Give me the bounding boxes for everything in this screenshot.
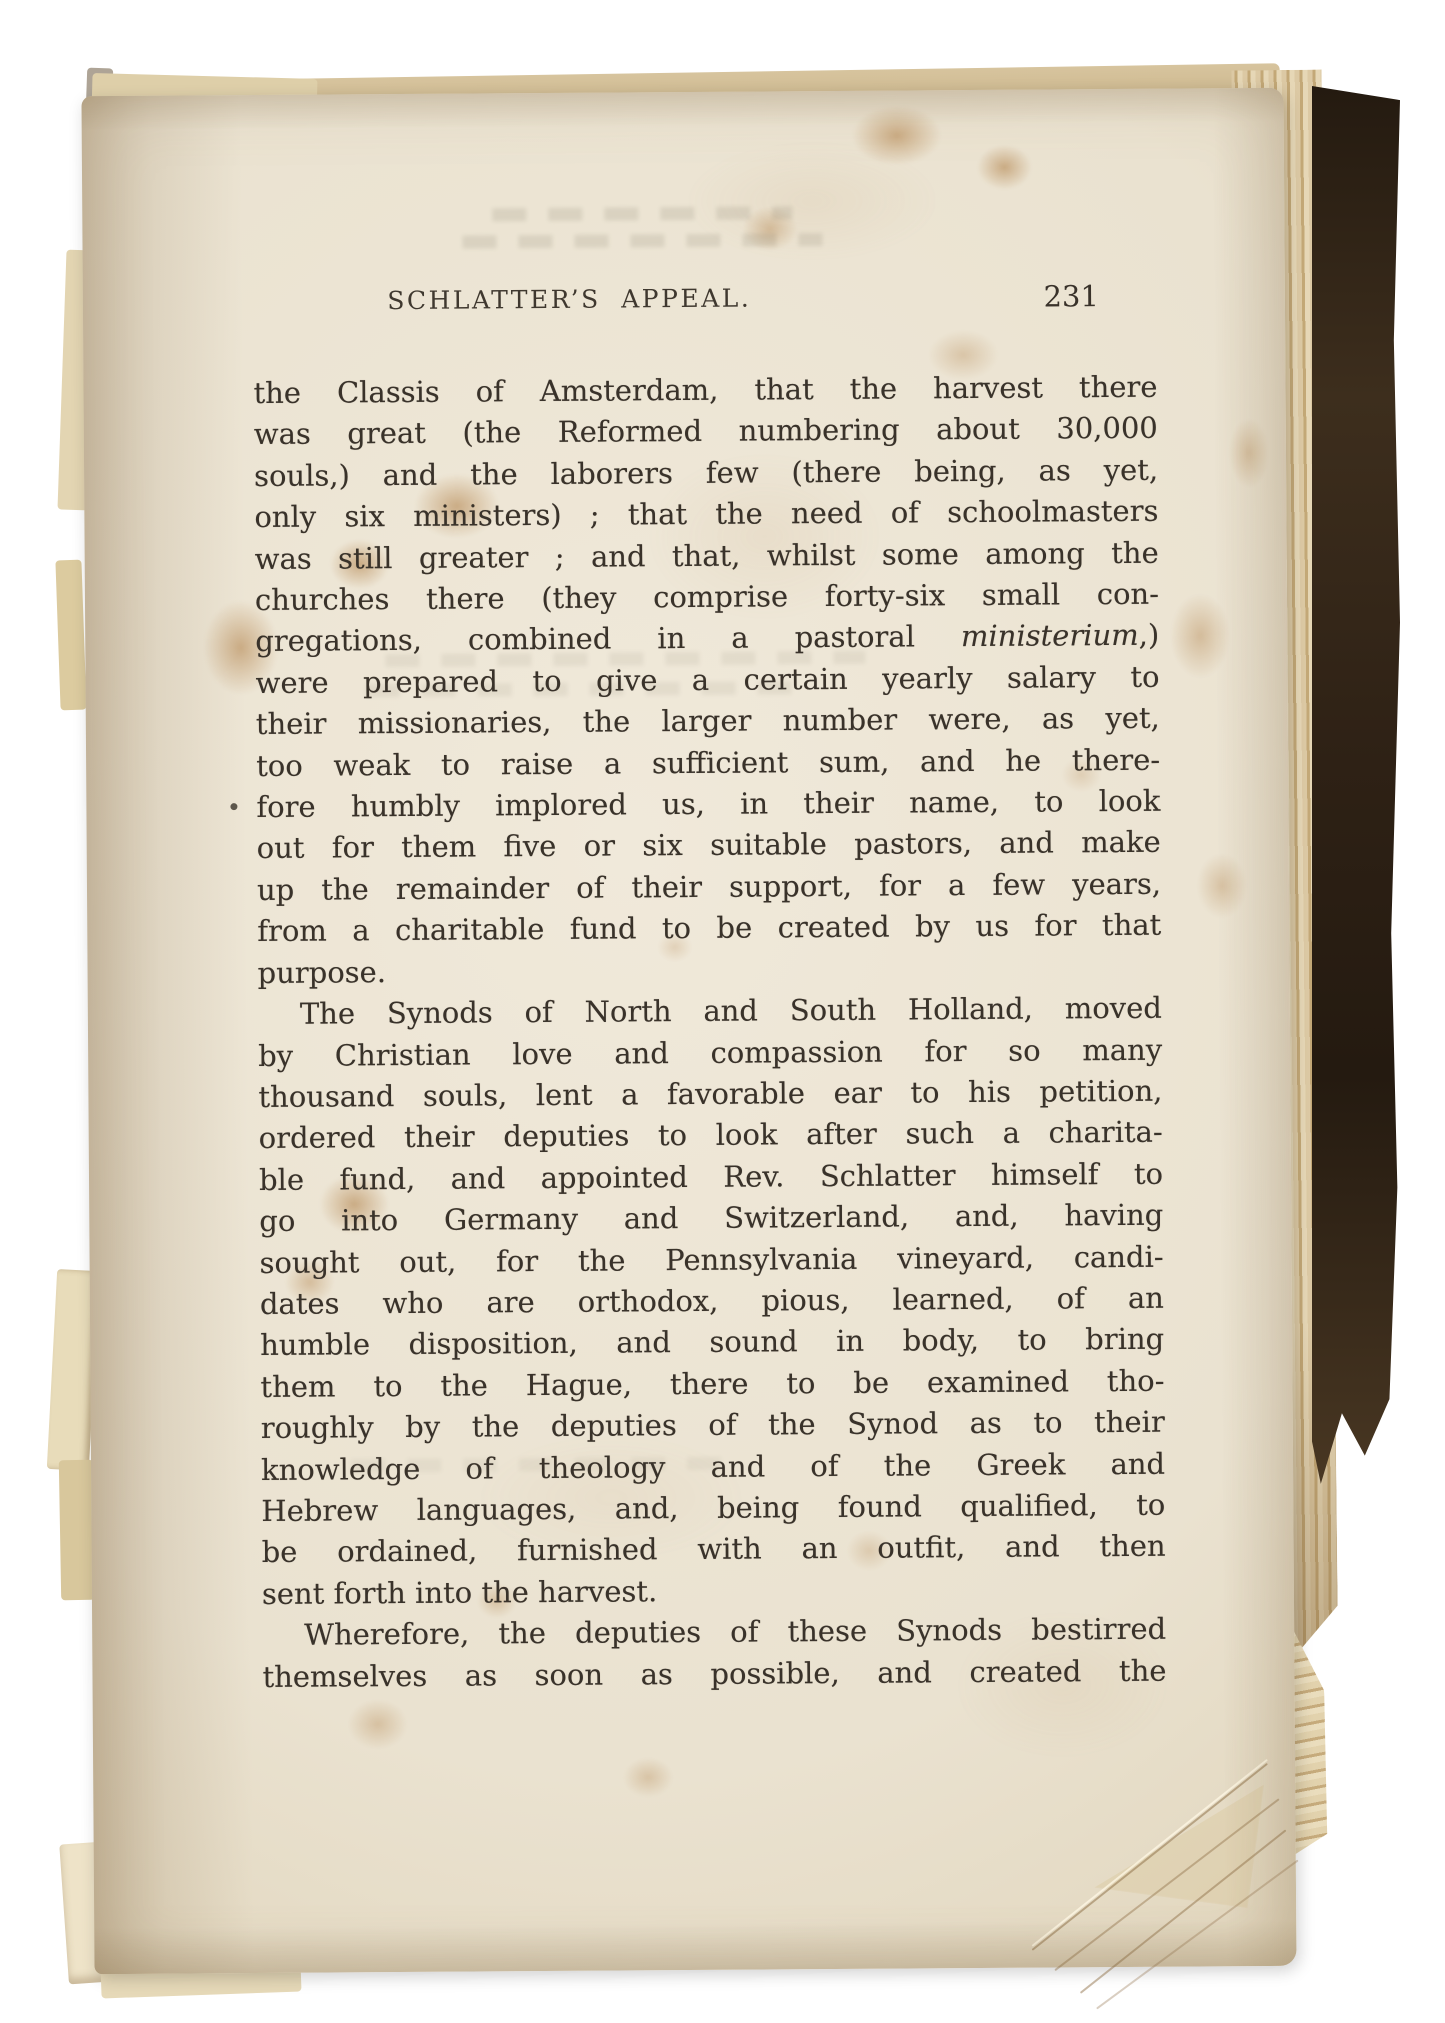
foxing-spot <box>1229 418 1269 488</box>
text-line: Hebrew languages, and, being found quali… <box>261 1485 1165 1533</box>
fold-crease <box>1032 1763 1268 1951</box>
foxing-spot <box>852 105 942 166</box>
text-line: their missionaries, the larger number we… <box>256 698 1160 746</box>
ink-spot <box>230 803 237 810</box>
text-line: was still greater ; and that, whilst som… <box>255 532 1159 580</box>
torn-page-stub <box>59 1460 95 1601</box>
text-segment-italic: ministerium <box>961 618 1139 653</box>
foxing-spot <box>1197 853 1247 918</box>
showthrough-text <box>492 206 792 221</box>
text-line: go into Germany and Switzerland, and, ha… <box>259 1195 1163 1243</box>
book-page: SCHLATTER’S APPEAL. 231 the Classis of A… <box>81 88 1296 1974</box>
stain <box>682 140 943 262</box>
running-head: SCHLATTER’S APPEAL. <box>387 284 751 316</box>
fold-crease <box>1096 1859 1298 2009</box>
showthrough-text <box>462 233 822 249</box>
body-text: the Classis of Amsterdam, that the harve… <box>253 367 1166 1698</box>
text-line: was great (the Reformed numbering about … <box>254 408 1158 456</box>
text-line: souls,) and the laborers few (there bein… <box>254 450 1158 498</box>
corner-shading <box>1065 1756 1296 1968</box>
foxing-spot <box>348 1699 408 1749</box>
text-segment: ,) <box>1139 618 1160 652</box>
text-line: The Synods of North and South Holland, m… <box>258 988 1162 1036</box>
text-line: ordered their deputies to look after suc… <box>259 1112 1163 1160</box>
text-line: sought out, for the Pennsylvania vineyar… <box>259 1236 1163 1284</box>
text-line: thousand souls, lent a favorable ear to … <box>258 1071 1162 1119</box>
running-head-row: SCHLATTER’S APPEAL. 231 <box>253 281 1157 337</box>
text-line: dates who are orthodox, pious, learned, … <box>260 1278 1164 1326</box>
text-line: purpose. <box>257 946 1161 994</box>
text-block: SCHLATTER’S APPEAL. 231 the Classis of A… <box>253 281 1167 1698</box>
foxing-spot <box>977 145 1032 190</box>
text-line: by Christian love and compassion for so … <box>258 1029 1162 1077</box>
fold-mark <box>1094 1764 1264 1908</box>
text-line: sent forth into the harvest. <box>262 1567 1166 1615</box>
text-line: from a charitable fund to be created by … <box>257 905 1161 953</box>
text-line: roughly by the deputies of the Synod as … <box>261 1402 1165 1450</box>
text-line: Wherefore, the deputies of these Synods … <box>262 1609 1166 1657</box>
text-line: up the remainder of their support, for a… <box>257 864 1161 912</box>
text-line: the Classis of Amsterdam, that the harve… <box>253 367 1157 415</box>
fold-crease <box>1080 1829 1287 1993</box>
torn-page-stub <box>55 560 86 711</box>
text-line: be ordained, furnished with an outfit, a… <box>261 1526 1165 1574</box>
text-line: too weak to raise a sufficient sum, and … <box>256 739 1160 787</box>
text-line: themselves as soon as possible, and crea… <box>262 1650 1166 1698</box>
book-cover-edge <box>1312 86 1400 1498</box>
text-line: fore humbly implored us, in their name, … <box>256 781 1160 829</box>
text-line: ble fund, and appointed Rev. Schlatter h… <box>259 1153 1163 1201</box>
photo-background: SCHLATTER’S APPEAL. 231 the Classis of A… <box>0 0 1445 2023</box>
text-line: out for them five or six suitable pastor… <box>257 822 1161 870</box>
text-line: knowledge of theology and of the Greek a… <box>261 1443 1165 1491</box>
text-line: churches there (they comprise forty-six … <box>255 574 1159 622</box>
text-line: were prepared to give a certain yearly s… <box>255 657 1159 705</box>
foxing-spot <box>742 206 797 251</box>
text-line: gregations, combined in a pastoral minis… <box>255 615 1159 663</box>
text-segment: gregations, combined in a pastoral <box>255 620 915 659</box>
page-number: 231 <box>1043 279 1099 313</box>
text-line: only six ministers) ; that the need of s… <box>254 491 1158 539</box>
text-line: them to the Hague, there to be examined … <box>260 1360 1164 1408</box>
fold-crease <box>1032 1759 1268 1947</box>
foxing-spot <box>1170 593 1231 678</box>
text-line: humble disposition, and sound in body, t… <box>260 1319 1164 1367</box>
fold-crease <box>1054 1798 1279 1971</box>
foxing-spot <box>623 1757 673 1797</box>
